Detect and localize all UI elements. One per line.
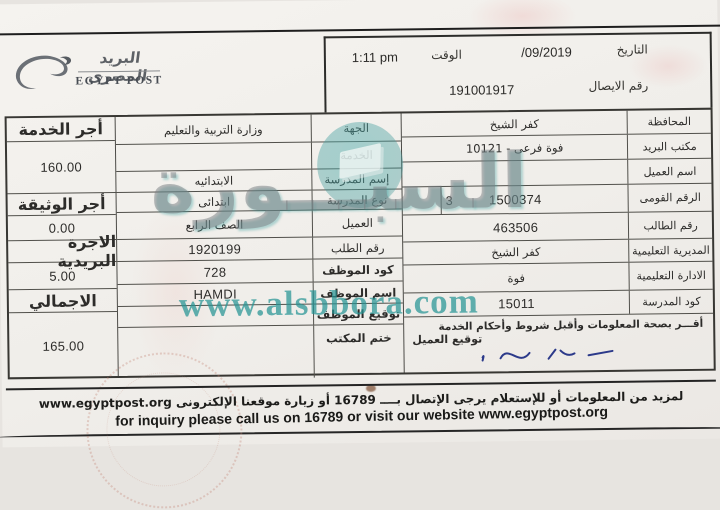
student-number-value: 463506 xyxy=(403,213,629,242)
table-row: 3 1500374 الرقم القومى xyxy=(402,184,711,216)
school-name-label: إسم المدرسة xyxy=(311,168,401,189)
client-section: كفر الشيخ المحافظة فوة فرعى - 10121 مكتب… xyxy=(401,110,714,373)
egypt-post-logo: البريد المصرى EGYPT POST xyxy=(10,44,161,98)
total-label: الاجمالي xyxy=(9,289,117,313)
table-row: فوة الادارة التعليمية xyxy=(403,262,712,294)
request-number-label: رقم الطلب xyxy=(312,236,402,258)
school-name-value: الابتدائيه xyxy=(116,170,311,192)
student-number-label: رقم الطالب xyxy=(628,212,712,239)
edu-directorate-label: المديرية التعليمية xyxy=(628,239,712,262)
acknowledgment-area: أقـــر بصحة المعلومات وأقبل شروط وأحكام … xyxy=(404,314,714,376)
footer-info-box: لمزيد من المعلومات أو للإستعلام يرجى الإ… xyxy=(6,380,717,436)
national-id-value: 3 1500374 xyxy=(402,185,628,215)
service-value xyxy=(116,143,311,171)
employee-signature-value xyxy=(118,305,313,327)
logo-english-text: EGYPT POST xyxy=(74,74,164,87)
table-row: الخدمة xyxy=(116,141,401,171)
service-fee-label: أجر الخدمة xyxy=(7,117,115,142)
date-value: /09/2019 xyxy=(521,44,572,60)
date-label: التاريخ xyxy=(617,42,648,56)
entity-label: الجهة xyxy=(311,113,401,141)
service-label: الخدمة xyxy=(311,141,401,168)
national-id-label: الرقم القومى xyxy=(628,184,712,212)
scanned-receipt: البريد المصرى EGYPT POST التاريخ /09/201… xyxy=(0,0,720,443)
acknowledgment-text: أقـــر بصحة المعلومات وأقبل شروط وأحكام … xyxy=(438,318,703,333)
post-office-value: فوة فرعى - 10121 xyxy=(402,135,628,162)
receipt-table: أجر الخدمة 160.00 أجر الوثيقة 0.00 الاجر… xyxy=(5,108,716,380)
school-type-value: ابتدائى xyxy=(117,191,312,212)
governorate-label: المحافظة xyxy=(627,110,711,134)
table-row: الصف الرابع العميل xyxy=(117,209,402,239)
edu-administration-label: الادارة التعليمية xyxy=(629,262,713,290)
postal-fee-label: الاجرة البريدية xyxy=(8,240,116,263)
client-signature-label: توقيع العميل xyxy=(412,333,482,347)
time-label: الوقت xyxy=(431,48,462,62)
table-row: وزارة التربية والتعليم الجهة xyxy=(116,113,401,144)
school-code-label: كود المدرسة xyxy=(629,290,713,314)
egypt-post-swoosh-icon xyxy=(10,47,75,94)
receipt-header-box: التاريخ /09/2019 الوقت 1:11 pm رقم الايص… xyxy=(324,32,713,113)
employee-signature-label: توقيع الموظف xyxy=(313,303,403,324)
office-stamp-label: ختم المكتب xyxy=(313,324,404,377)
table-row: 463506 رقم الطالب xyxy=(403,212,712,243)
school-employee-section: وزارة التربية والتعليم الجهة الخدمة الاب… xyxy=(116,113,404,375)
governorate-value: كفر الشيخ xyxy=(402,111,628,137)
edu-administration-value: فوة xyxy=(403,263,629,293)
employee-code-label: كود الموظف xyxy=(312,258,402,281)
client-grade-value: الصف الرابع xyxy=(117,211,312,239)
employee-name-value: HAMDI xyxy=(118,283,313,306)
national-id-extra-digit: 3 xyxy=(446,193,453,207)
receipt-number-value: 191001917 xyxy=(449,82,514,98)
fees-column: أجر الخدمة 160.00 أجر الوثيقة 0.00 الاجر… xyxy=(7,117,119,377)
table-row: فوة فرعى - 10121 مكتب البريد xyxy=(402,134,711,163)
edu-directorate-value: كفر الشيخ xyxy=(403,240,629,265)
employee-code-value: 728 xyxy=(117,260,312,284)
time-value: 1:11 pm xyxy=(352,50,398,66)
table-row: 728 كود الموظف xyxy=(117,258,402,284)
document-fee-label: أجر الوثيقة xyxy=(8,193,116,216)
post-office-label: مكتب البريد xyxy=(627,134,711,159)
client-name-label: اسم العميل xyxy=(627,159,711,184)
client-name-value xyxy=(402,160,628,187)
national-id-number: 1500374 xyxy=(489,192,542,208)
request-number-value: 1920199 xyxy=(117,238,312,261)
client-signature-ink xyxy=(476,345,626,367)
client-grade-label: العميل xyxy=(312,209,402,236)
service-fee-value: 160.00 xyxy=(7,141,116,194)
table-row: اسم العميل xyxy=(402,159,711,188)
entity-value: وزارة التربية والتعليم xyxy=(116,115,311,144)
total-value: 165.00 xyxy=(9,312,118,380)
school-code-value: 15011 xyxy=(404,291,630,317)
cell-divider xyxy=(440,187,441,214)
employee-name-label: اسم الموظف xyxy=(313,281,403,303)
receipt-number-label: رقم الايصال xyxy=(589,78,649,93)
school-type-label: نوع المدرسة xyxy=(312,189,402,209)
